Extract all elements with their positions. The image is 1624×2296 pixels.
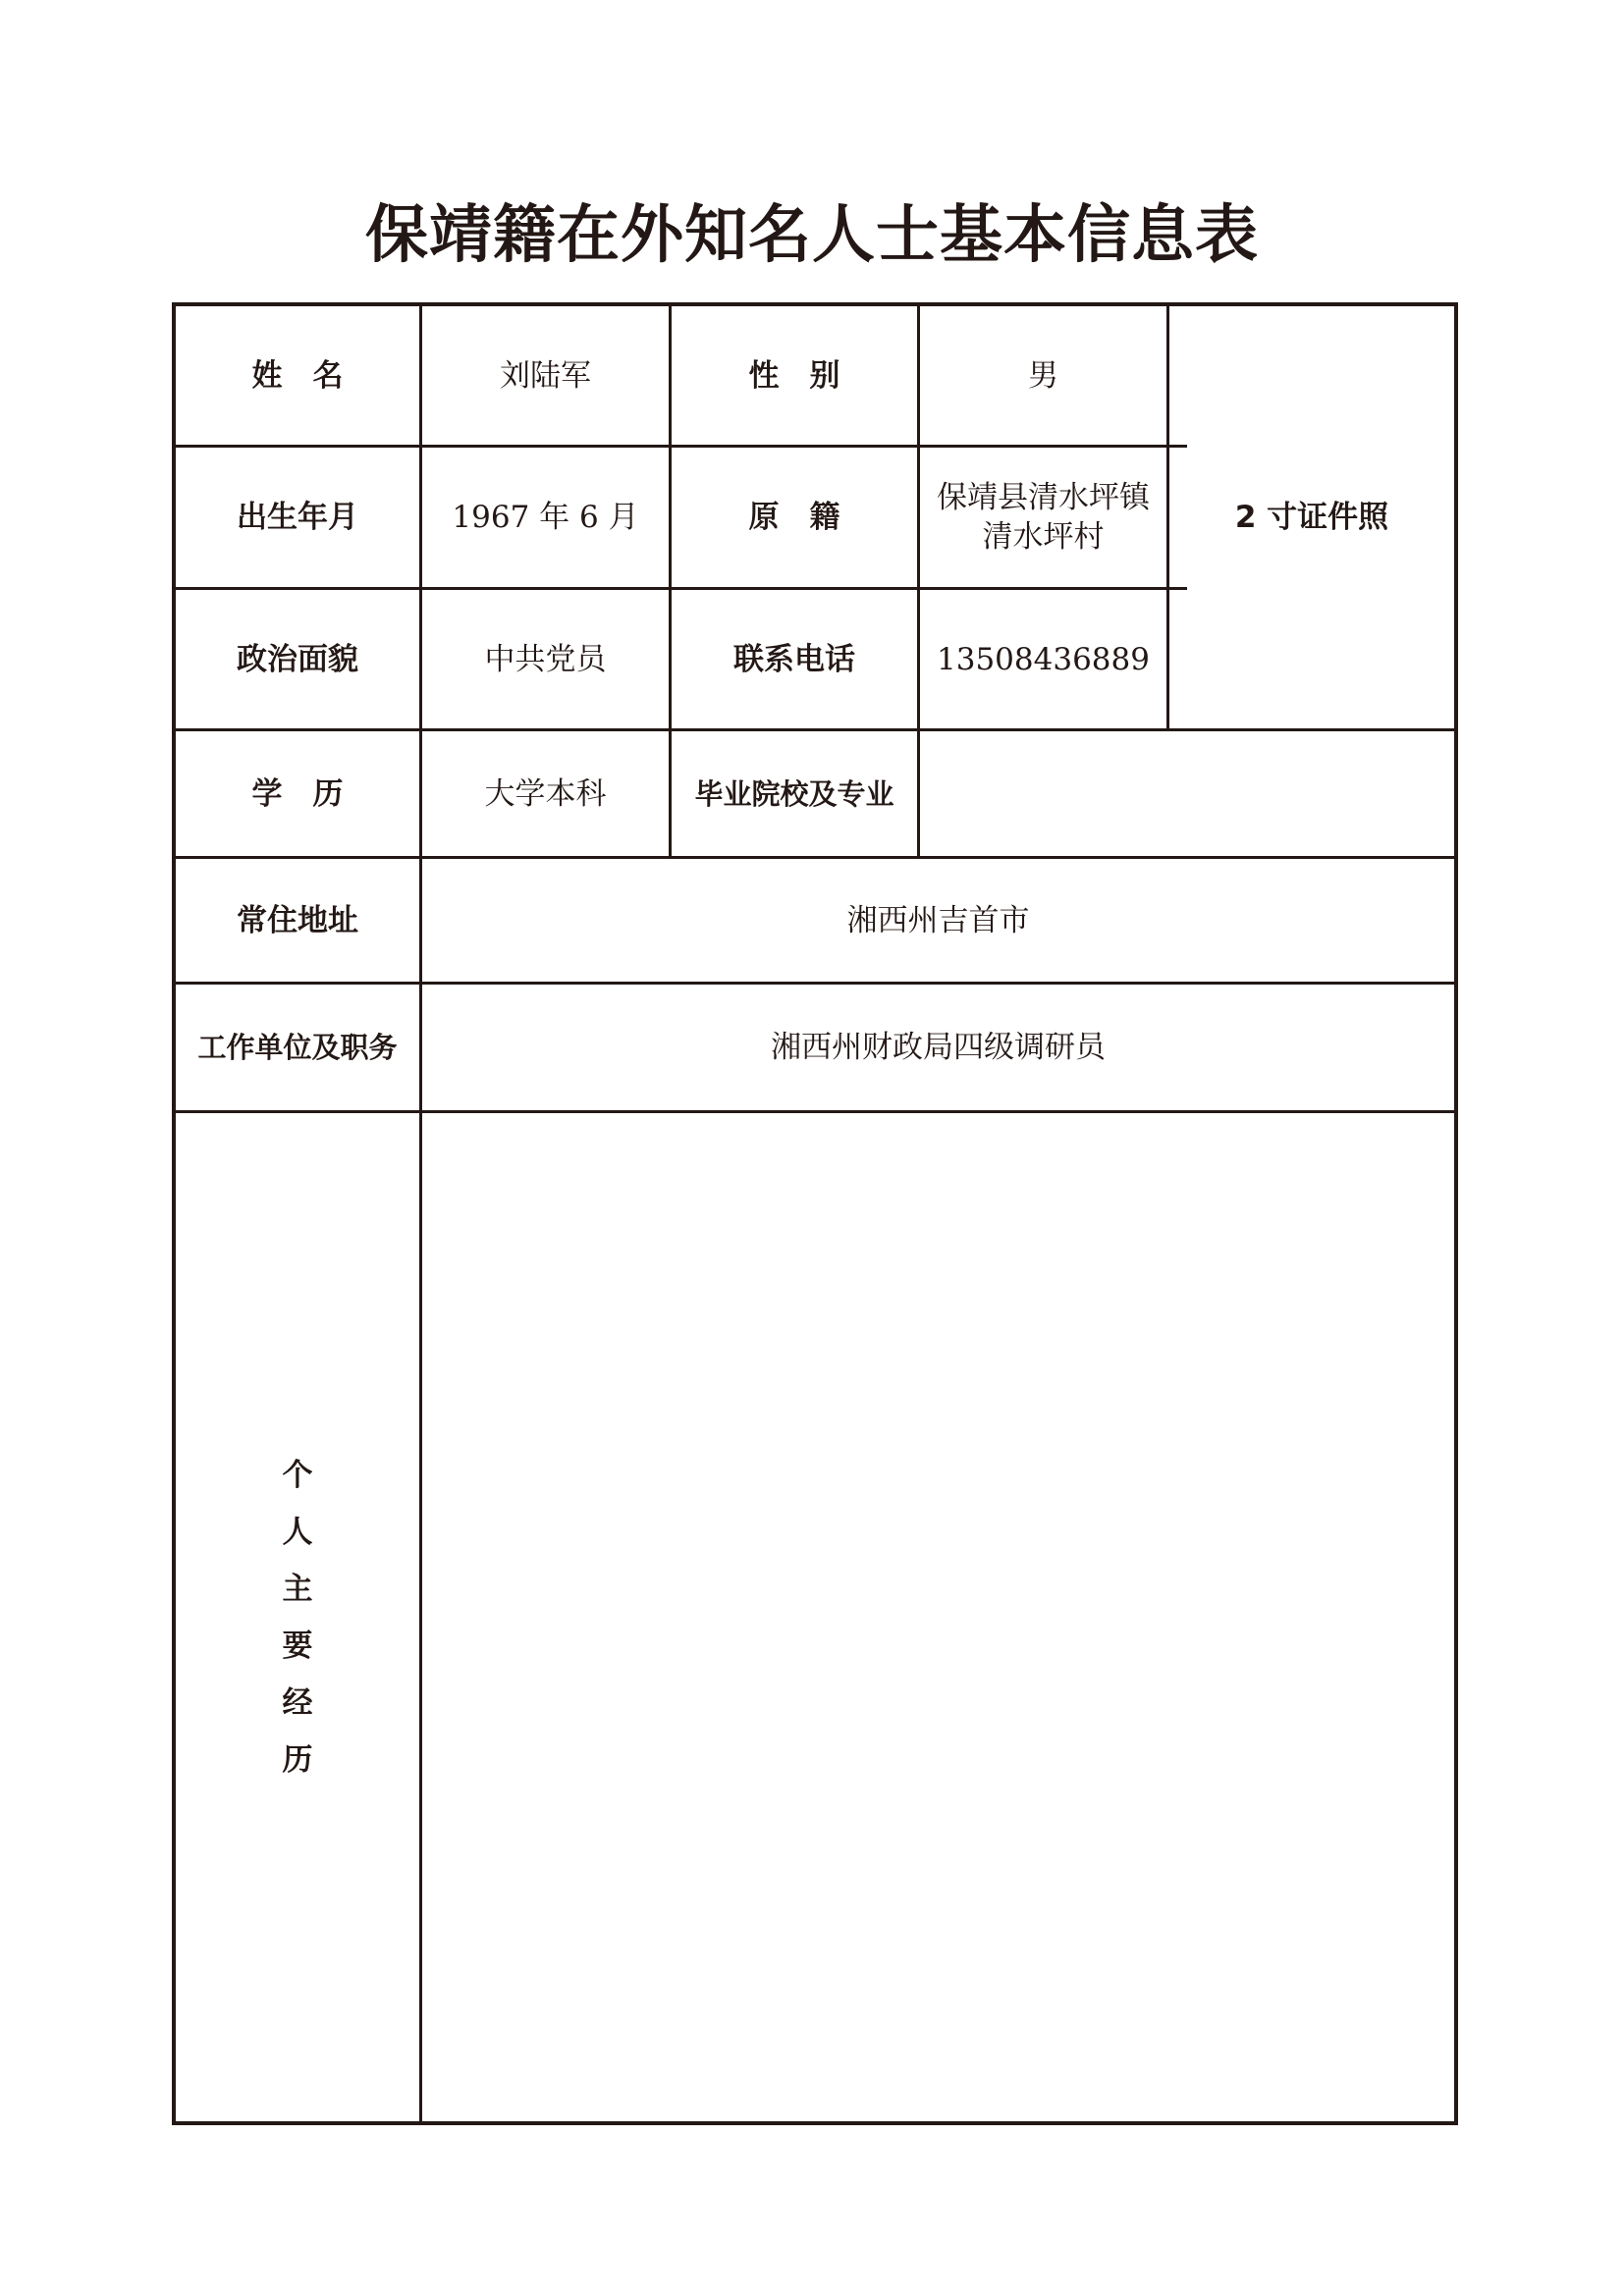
value-education: 大学本科	[422, 731, 669, 856]
value-name: 刘陆军	[422, 306, 669, 445]
value-origin-line1: 保靖县清水坪镇	[937, 478, 1150, 517]
value-address: 湘西州吉首市	[422, 859, 1454, 982]
label-name: 姓 名	[176, 306, 419, 445]
label-birth: 出生年月	[176, 448, 419, 587]
label-experience: 个 人 主 要 经 历	[176, 1113, 419, 2121]
label-phone: 联系电话	[672, 590, 917, 728]
value-birth: 1967 年 6 月	[422, 448, 669, 587]
value-work: 湘西州财政局四级调研员	[422, 985, 1454, 1110]
label-address: 常住地址	[176, 859, 419, 982]
value-origin: 保靖县清水坪镇 清水坪村	[920, 448, 1166, 587]
value-gender: 男	[920, 306, 1166, 445]
info-table: 姓 名 刘陆军 性 别 男 2 寸证件照 出生年月 1967 年 6 月 原 籍…	[172, 302, 1458, 2125]
value-political: 中共党员	[422, 590, 669, 728]
page-title: 保靖籍在外知名人士基本信息表	[0, 185, 1624, 275]
photo-placeholder: 2 寸证件照	[1169, 306, 1454, 728]
label-school: 毕业院校及专业	[672, 731, 917, 856]
label-experience-char: 经	[283, 1683, 313, 1723]
label-experience-char: 个	[283, 1456, 313, 1495]
label-education: 学 历	[176, 731, 419, 856]
label-origin: 原 籍	[672, 448, 917, 587]
label-experience-char: 主	[283, 1570, 313, 1609]
value-school	[920, 731, 1454, 856]
value-experience	[422, 1113, 1454, 2121]
value-phone: 13508436889	[920, 590, 1166, 728]
value-origin-line2: 清水坪村	[983, 517, 1105, 557]
label-political: 政治面貌	[176, 590, 419, 728]
label-gender: 性 别	[672, 306, 917, 445]
label-experience-char: 历	[283, 1740, 313, 1780]
label-experience-char: 要	[283, 1627, 313, 1666]
label-work: 工作单位及职务	[176, 985, 419, 1110]
label-experience-char: 人	[283, 1513, 313, 1552]
